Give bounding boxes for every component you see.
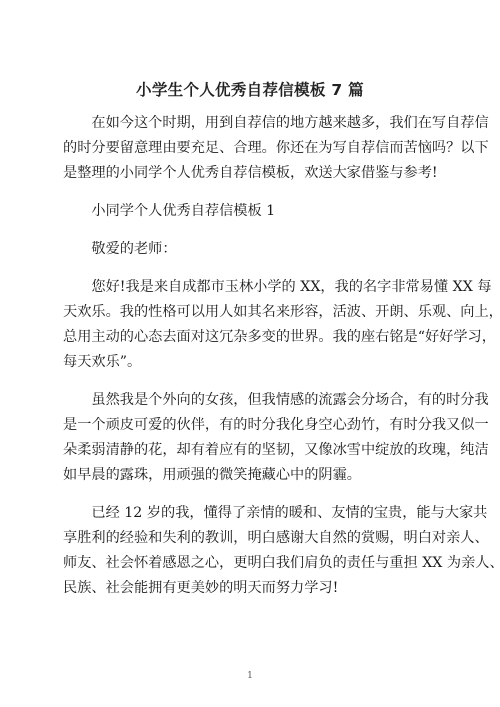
text-line: 总用主动的心态去面对这冗杂多变的世界。我的座右铭是“好好学习， bbox=[63, 325, 441, 350]
text-line: 小同学个人优秀自荐信模板 1 bbox=[63, 199, 441, 224]
text-line: 天欢乐。我的性格可以用人如其名来形容，活波、开朗、乐观、向上， bbox=[63, 300, 441, 325]
text-line: 在如今这个时期，用到自荐信的地方越来越多，我们在写自荐信 bbox=[63, 111, 441, 136]
body-paragraph: 您好!我是来自成都市玉林小学的 XX，我的名字非常易懂 XX 每 天欢乐。我的性… bbox=[63, 275, 441, 375]
text-line: 您好!我是来自成都市玉林小学的 XX，我的名字非常易懂 XX 每 bbox=[63, 275, 441, 300]
text-line: 是一个顽皮可爱的伙伴，有的时分我化身空心劲竹，有时分我又似一 bbox=[63, 413, 441, 438]
document-body: 在如今这个时期，用到自荐信的地方越来越多，我们在写自荐信 的时分要留意理由要充足… bbox=[63, 111, 441, 614]
body-paragraph: 已经 12 岁的我，懂得了亲情的暖和、友情的宝贵，能与大家共 享胜利的经验和失利… bbox=[63, 501, 441, 601]
text-line: 享胜利的经验和失利的教训，明白感谢大自然的赏赐，明白对亲人、 bbox=[63, 526, 441, 551]
document-title: 小学生个人优秀自荐信模板 7 篇 bbox=[0, 78, 500, 100]
text-line: 是整理的小同学个人优秀自荐信模板，欢送大家借鉴与参考! bbox=[63, 161, 441, 186]
text-line: 已经 12 岁的我，懂得了亲情的暖和、友情的宝贵，能与大家共 bbox=[63, 501, 441, 526]
text-line: 敬爱的老师： bbox=[63, 237, 441, 262]
text-line: 民族、社会能拥有更美妙的明天而努力学习! bbox=[63, 576, 441, 601]
section-heading: 小同学个人优秀自荐信模板 1 bbox=[63, 199, 441, 224]
document-page: 小学生个人优秀自荐信模板 7 篇 在如今这个时期，用到自荐信的地方越来越多，我们… bbox=[0, 0, 500, 707]
text-line: 虽然我是个外向的女孩，但我情感的流露会分场合，有的时分我 bbox=[63, 388, 441, 413]
body-paragraph: 虽然我是个外向的女孩，但我情感的流露会分场合，有的时分我 是一个顽皮可爱的伙伴，… bbox=[63, 388, 441, 488]
text-line: 的时分要留意理由要充足、合理。你还在为写自荐信而苦恼吗？以下 bbox=[63, 136, 441, 161]
text-line: 如早晨的露珠，用顽强的微笑掩藏心中的阴霾。 bbox=[63, 463, 441, 488]
text-line: 每天欢乐”。 bbox=[63, 350, 441, 375]
text-line: 师友、社会怀着感恩之心，更明白我们肩负的责任与重担 XX 为亲人、 bbox=[63, 551, 441, 576]
page-number: 1 bbox=[0, 671, 500, 681]
intro-paragraph: 在如今这个时期，用到自荐信的地方越来越多，我们在写自荐信 的时分要留意理由要充足… bbox=[63, 111, 441, 186]
text-line: 朵柔弱清静的花，却有着应有的坚韧，又像冰雪中绽放的玫瑰，纯洁 bbox=[63, 438, 441, 463]
salutation: 敬爱的老师： bbox=[63, 237, 441, 262]
